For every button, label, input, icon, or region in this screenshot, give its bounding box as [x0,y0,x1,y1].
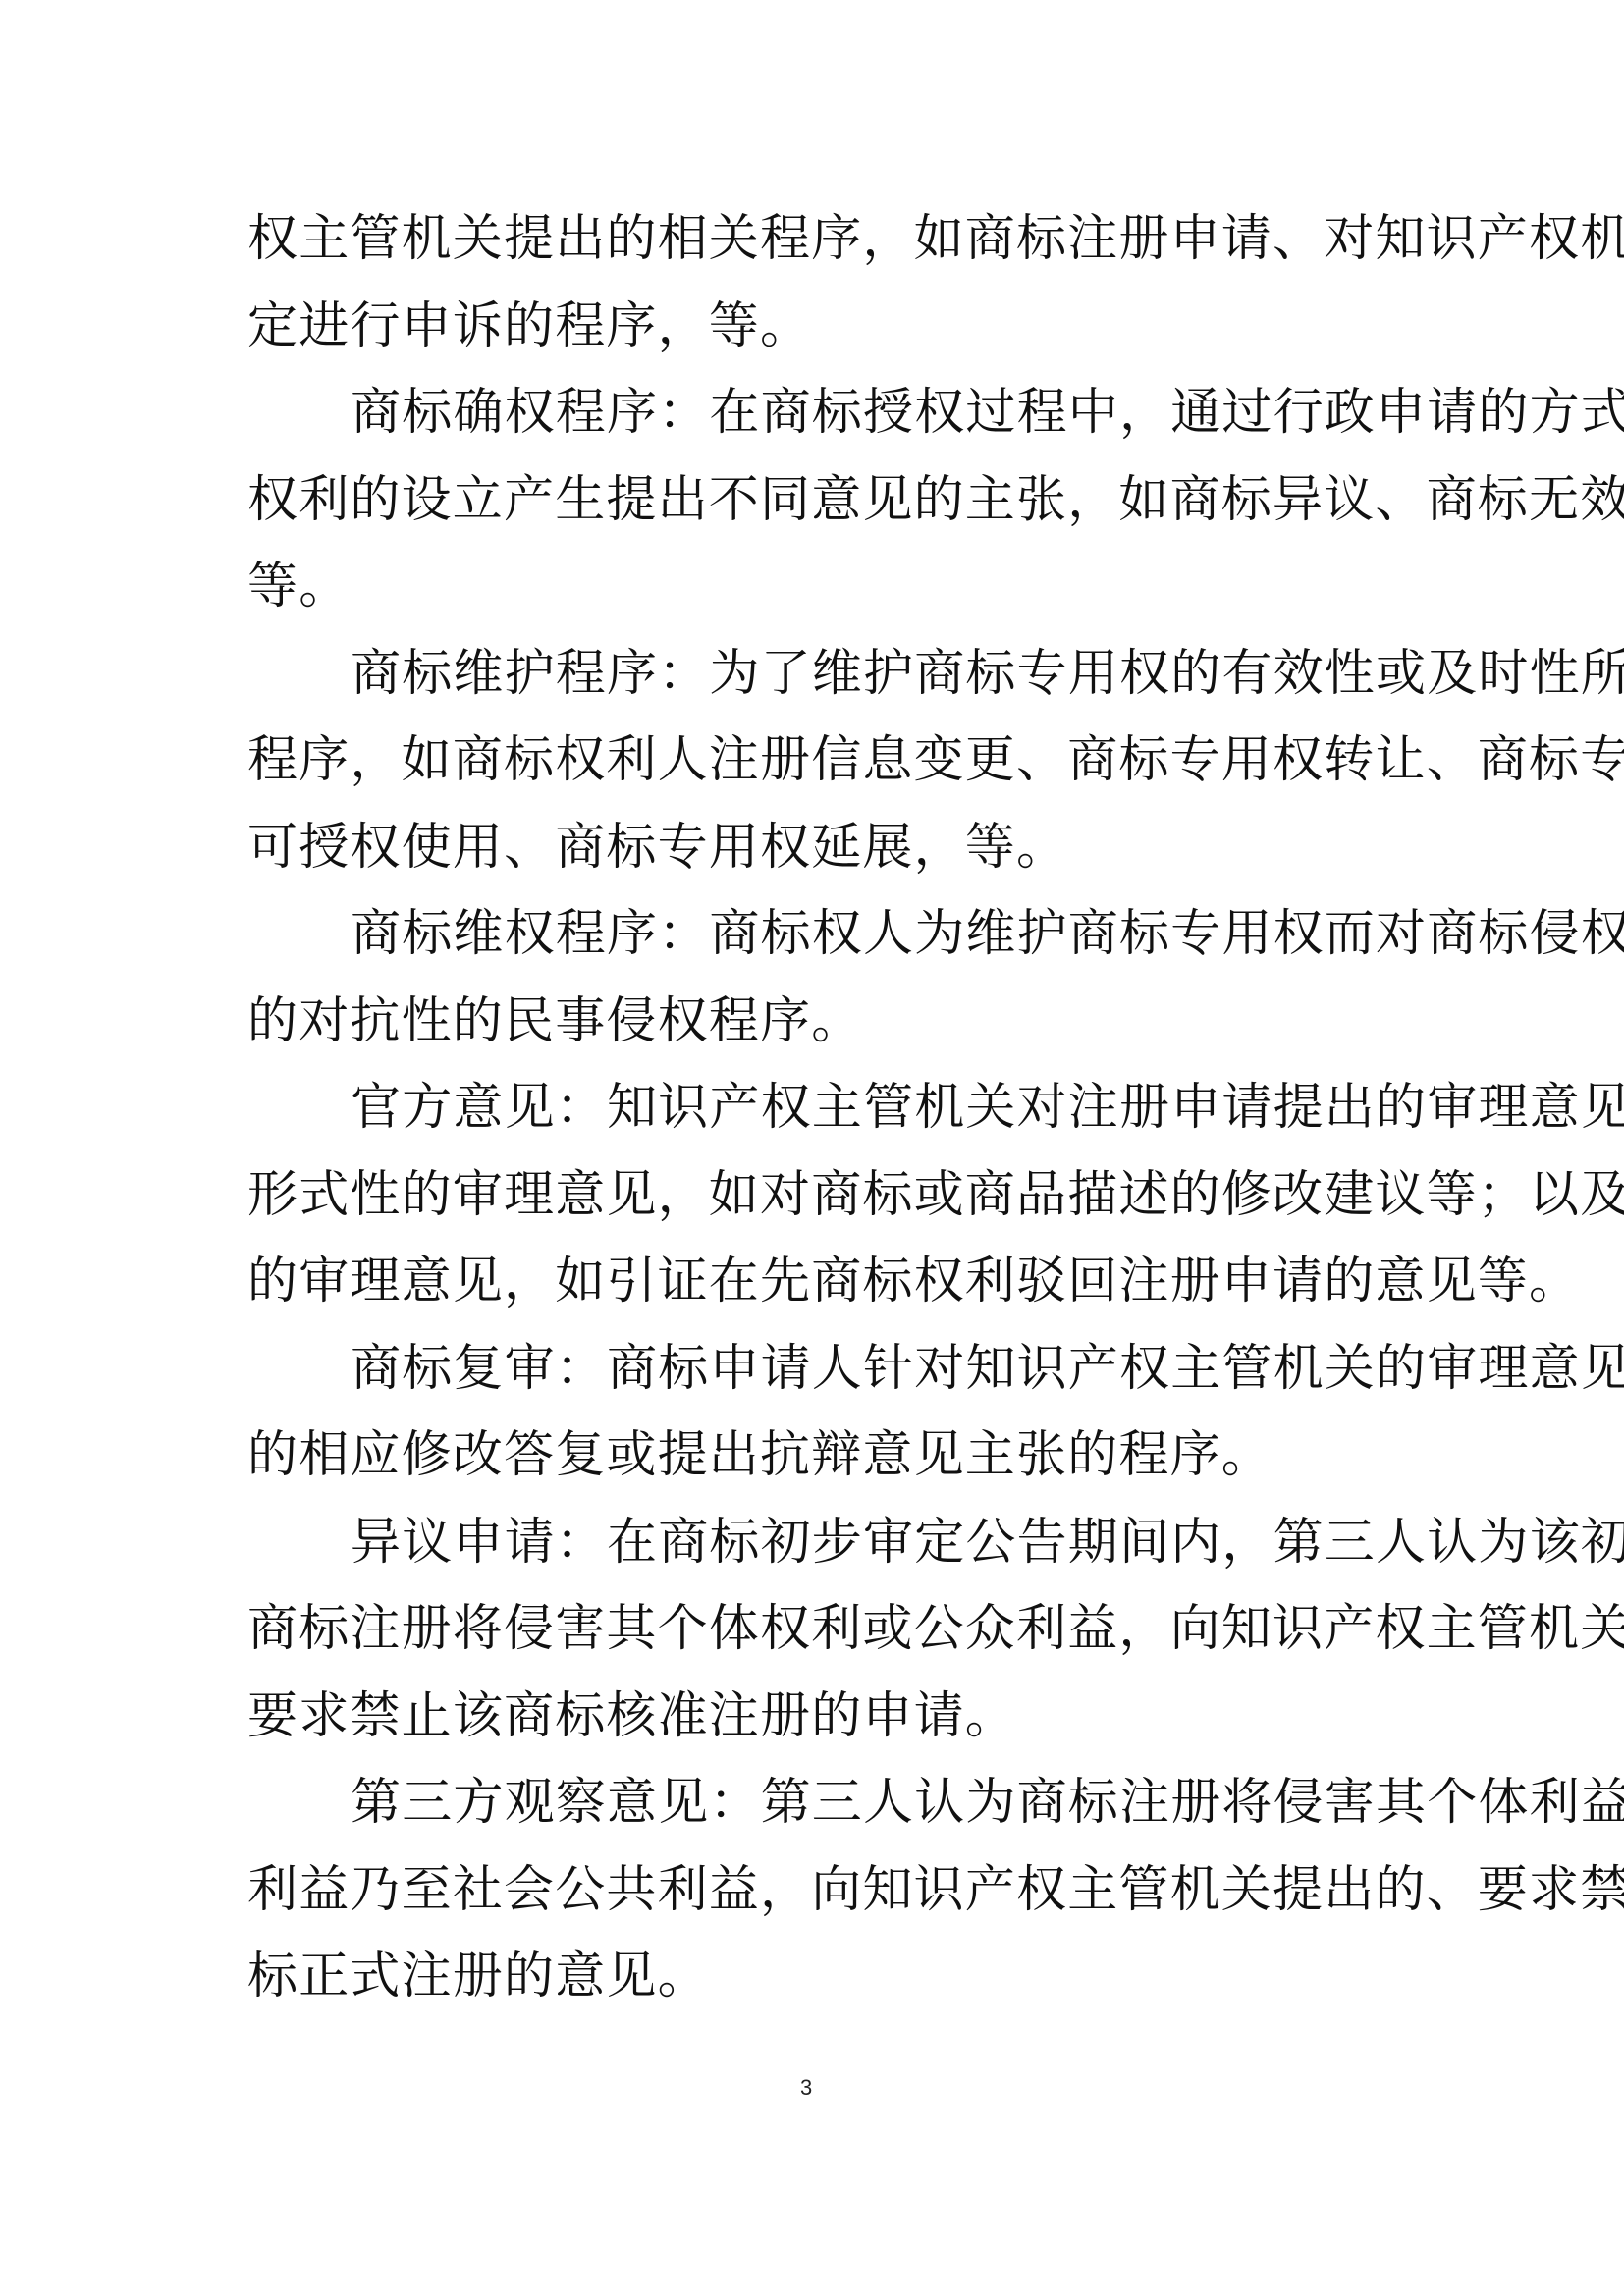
paragraph-line: 形式性的审理意见，如对商标或商品描述的修改建议等；以及实质性 [247,1166,1386,1254]
definition-trademark-maintenance: 商标维护程序：为了维护商标专用权的有效性或及时性所进行的 [247,645,1386,732]
document-page: 权主管机关提出的相关程序，如商标注册申请、对知识产权机关的决 定进行申诉的程序，… [0,0,1624,2296]
paragraph-line: 权利的设立产生提出不同意见的主张，如商标异议、商标无效宣告， [247,471,1386,559]
paragraph-line: 要求禁止该商标核准注册的申请。 [247,1687,1386,1775]
page-number: 3 [800,2075,812,2101]
paragraph-line: 的审理意见，如引证在先商标权利驳回注册申请的意见等。 [247,1253,1386,1340]
paragraph-line: 可授权使用、商标专用权延展，等。 [247,819,1386,906]
paragraph-line: 权主管机关提出的相关程序，如商标注册申请、对知识产权机关的决 [247,210,1386,297]
definition-trademark-enforcement: 商标维权程序：商标权人为维护商标专用权而对商标侵权人采取 [247,905,1386,992]
paragraph-line: 的相应修改答复或提出抗辩意见主张的程序。 [247,1426,1386,1514]
paragraph-line: 的对抗性的民事侵权程序。 [247,992,1386,1080]
definition-opposition: 异议申请：在商标初步审定公告期间内，第三人认为该初步审定 [247,1514,1386,1601]
definition-third-party-observation: 第三方观察意见：第三人认为商标注册将侵害其个体利益、行业 [247,1774,1386,1861]
definition-trademark-review: 商标复审：商标申请人针对知识产权主管机关的审理意见所予以 [247,1340,1386,1427]
definition-official-opinion: 官方意见：知识产权主管机关对注册申请提出的审理意见，包括 [247,1079,1386,1166]
paragraph-line: 标正式注册的意见。 [247,1948,1386,2035]
paragraph-line: 利益乃至社会公共利益，向知识产权主管机关提出的、要求禁止该商 [247,1861,1386,1949]
paragraph-line: 等。 [247,558,1386,645]
paragraph-line: 定进行申诉的程序，等。 [247,297,1386,385]
definition-trademark-confirmation: 商标确权程序：在商标授权过程中，通过行政申请的方式对商标 [247,384,1386,471]
document-body: 权主管机关提出的相关程序，如商标注册申请、对知识产权机关的决 定进行申诉的程序，… [247,210,1386,2035]
paragraph-line: 商标注册将侵害其个体权利或公众利益，向知识产权主管机关提出的、 [247,1600,1386,1687]
paragraph-line: 程序，如商标权利人注册信息变更、商标专用权转让、商标专用权许 [247,731,1386,819]
